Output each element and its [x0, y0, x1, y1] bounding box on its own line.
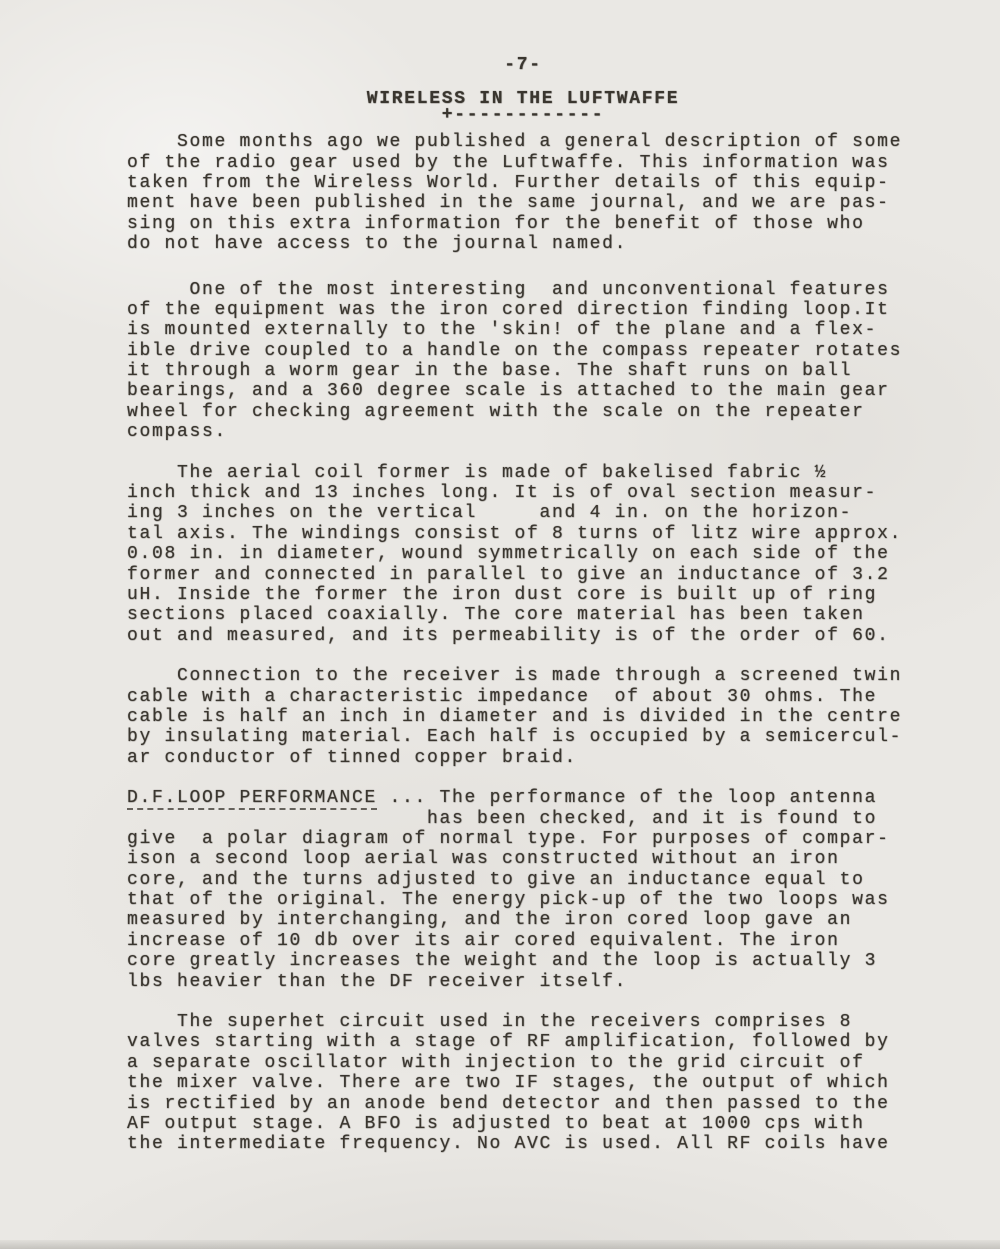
text-line: is rectified by an anode bend detector a…	[127, 1094, 919, 1114]
text-line: is mounted externally to the 'skin! of t…	[127, 320, 919, 340]
text-line: The aerial coil former is made of bakeli…	[127, 463, 919, 483]
text-line: give a polar diagram of normal type. For…	[127, 829, 919, 849]
text-line: The superhet circuit used in the receive…	[127, 1012, 919, 1032]
section-heading-df-loop-performance: D.F.LOOP PERFORMANCE	[127, 788, 377, 810]
paragraph-df-loop-performance: D.F.LOOP PERFORMANCE ... The performance…	[127, 788, 919, 992]
text-line: core greatly increases the weight and th…	[127, 951, 919, 971]
text-line: measured by interchanging, and the iron …	[127, 910, 919, 930]
text-line: Some months ago we published a general d…	[127, 132, 919, 152]
text-line: ible drive coupled to a handle on the co…	[127, 341, 919, 361]
text-line: cable is half an inch in diameter and is…	[127, 707, 919, 727]
paragraph-aerial-coil-former: The aerial coil former is made of bakeli…	[127, 463, 919, 647]
paragraph-intro: Some months ago we published a general d…	[127, 132, 919, 254]
text-line: Connection to the receiver is made throu…	[127, 666, 919, 686]
section-heading-tail: ... The performance of the loop antenna	[377, 788, 877, 808]
text-line: core, and the turns adjusted to give an …	[127, 870, 919, 890]
title-underline: +------------	[127, 105, 919, 125]
text-line: tal axis. The windings consist of 8 turn…	[127, 524, 919, 544]
text-line: of the radio gear used by the Luftwaffe.…	[127, 153, 919, 173]
text-line: that of the original. The energy pick-up…	[127, 890, 919, 910]
text-line: it through a worm gear in the base. The …	[127, 361, 919, 381]
text-line: uH. Inside the former the iron dust core…	[127, 585, 919, 605]
document-body: -7- WIRELESS IN THE LUFTWAFFE +---------…	[127, 55, 919, 1155]
text-line: has been checked, and it is found to	[127, 809, 919, 829]
text-line: wheel for checking agreement with the sc…	[127, 402, 919, 422]
text-line: compass.	[127, 422, 919, 442]
page-number: -7-	[127, 55, 919, 75]
text-line: increase of 10 db over its air cored equ…	[127, 931, 919, 951]
text-line: One of the most interesting and unconven…	[127, 280, 919, 300]
text-line: do not have access to the journal named.	[127, 234, 919, 254]
text-line: valves starting with a stage of RF ampli…	[127, 1032, 919, 1052]
text-line: the intermediate frequency. No AVC is us…	[127, 1134, 919, 1154]
scanned-page: -7- WIRELESS IN THE LUFTWAFFE +---------…	[0, 0, 1000, 1249]
paragraph-receiver-connection: Connection to the receiver is made throu…	[127, 666, 919, 768]
text-line: AF output stage. A BFO is adjusted to be…	[127, 1114, 919, 1134]
paragraph-superhet-circuit: The superhet circuit used in the receive…	[127, 1012, 919, 1155]
text-line: ment have been published in the same jou…	[127, 193, 919, 213]
text-line: inch thick and 13 inches long. It is of …	[127, 483, 919, 503]
text-line: ison a second loop aerial was constructe…	[127, 849, 919, 869]
text-line: the mixer valve. There are two IF stages…	[127, 1073, 919, 1093]
text-line: cable with a characteristic impedance of…	[127, 687, 919, 707]
text-line: 0.08 in. in diameter, wound symmetricall…	[127, 544, 919, 564]
text-line: sing on this extra information for the b…	[127, 214, 919, 234]
text-line: by insulating material. Each half is occ…	[127, 727, 919, 747]
text-line: out and measured, and its permeability i…	[127, 626, 919, 646]
text-line: ing 3 inches on the vertical and 4 in. o…	[127, 503, 919, 523]
text-line: ar conductor of tinned copper braid.	[127, 748, 919, 768]
text-line: of the equipment was the iron cored dire…	[127, 300, 919, 320]
paragraph-df-loop-description: One of the most interesting and unconven…	[127, 280, 919, 443]
text-line: lbs heavier than the DF receiver itself.	[127, 972, 919, 992]
text-line: taken from the Wireless World. Further d…	[127, 173, 919, 193]
text-line: D.F.LOOP PERFORMANCE ... The performance…	[127, 788, 919, 808]
text-line: bearings, and a 360 degree scale is atta…	[127, 381, 919, 401]
text-line: sections placed coaxially. The core mate…	[127, 605, 919, 625]
scan-bottom-edge	[0, 1240, 1000, 1249]
text-line: former and connected in parallel to give…	[127, 565, 919, 585]
text-line: a separate oscillator with injection to …	[127, 1053, 919, 1073]
